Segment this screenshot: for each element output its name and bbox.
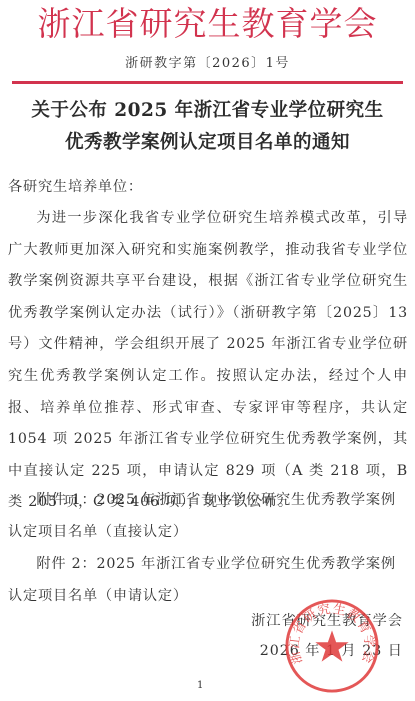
title-line-1: 关于公布 2025 年浙江省专业学位研究生 [0, 95, 415, 127]
signature-organization: 浙江省研究生教育学会 [251, 610, 403, 630]
title-line-2: 优秀教学案例认定项目名单的通知 [0, 127, 415, 159]
signature-date: 2026 年 1 月 23 日 [260, 640, 403, 660]
red-divider [12, 81, 403, 84]
attachment-1: 附件 1：2025 年浙江省专业学位研究生优秀教学案例认定项目名单（直接认定） [8, 485, 408, 548]
org-header: 浙江省研究生教育学会 [0, 4, 415, 44]
doc-number: 浙研教字第〔2026〕1号 [0, 55, 415, 73]
attachment-2: 附件 2：2025 年浙江省专业学位研究生优秀教学案例认定项目名单（申请认定） [8, 549, 408, 612]
salutation: 各研究生培养单位： [8, 172, 408, 204]
main-paragraph: 为进一步深化我省专业学位研究生培养模式改革，引导广大教师更加深入研究和实施案例教… [8, 203, 408, 519]
notice-title: 关于公布 2025 年浙江省专业学位研究生 优秀教学案例认定项目名单的通知 [0, 95, 415, 159]
page-number: 1 [197, 680, 203, 691]
